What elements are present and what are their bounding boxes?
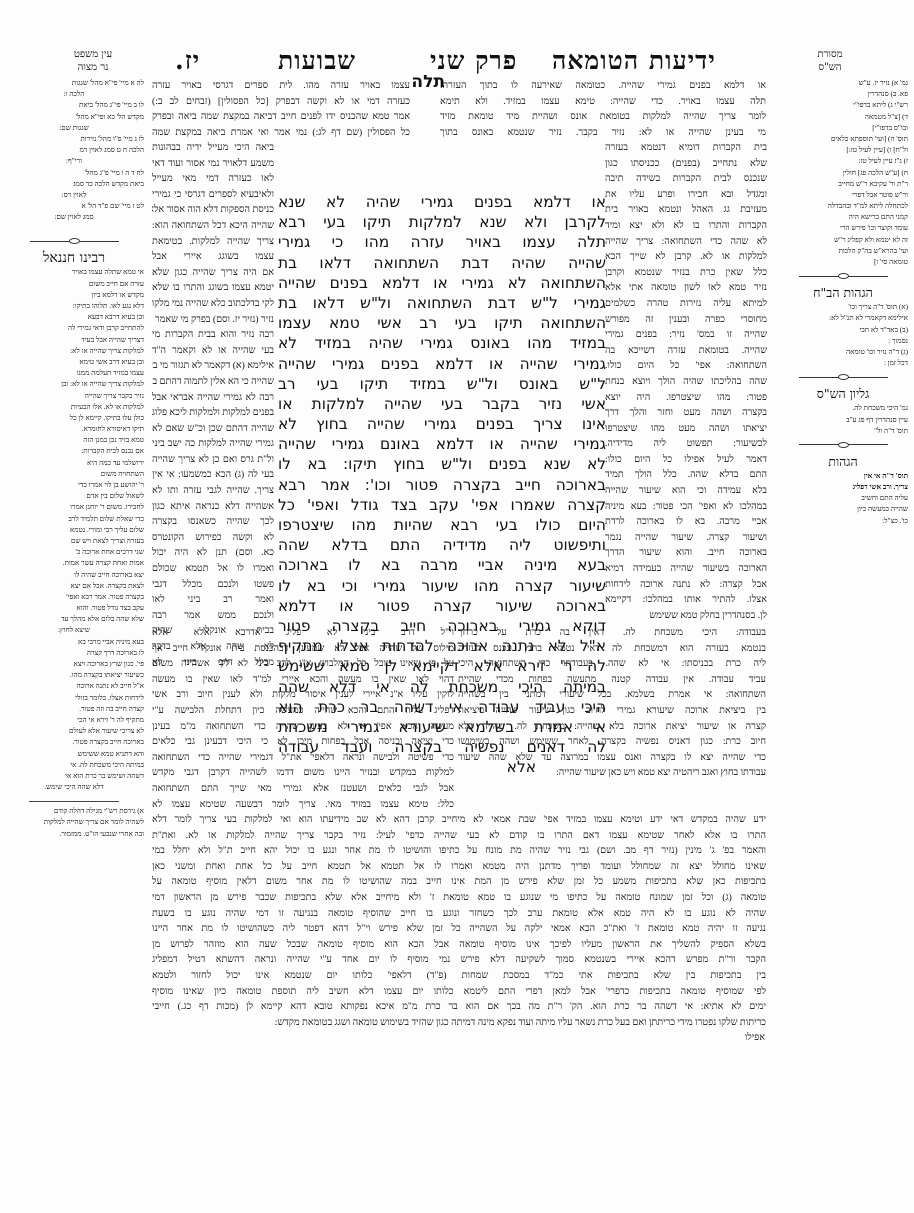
- tosafot-line: כלל: טימא עצמו במזיד מאי. צריך לומר דבשע…: [152, 797, 454, 813]
- rc-line: כדי שאלת שלום תלמיד לרב: [4, 514, 144, 525]
- tosafot-line: ואמרו לו אל תטמא שכולם: [152, 561, 274, 577]
- masoret-line: ר"ת ור' עקיבא ר"ש מחייב: [778, 179, 908, 190]
- rashi-line: אביי מרבה. בא לו בארוכה לרדת: [605, 514, 767, 530]
- tosafot-line: כדי יציאה וכניסה אבל בפחות מיכן לא כי הי…: [152, 734, 454, 750]
- masoret-hashas-heading: מסורת הש"ס: [800, 48, 860, 74]
- tosafot-line: נזיר (נזיר יז. וסם) בפרק מי שאמר הריני: [152, 312, 274, 328]
- gemara-line: קצרה שאמרו אפי' עקב בצד גודל ואפי' כל: [278, 495, 606, 515]
- gemara-line: השתחואה תיקו בעי רב אשי טמא עצמו: [278, 313, 606, 333]
- rc-line: לא צריכי שיעור אלא לעולם: [4, 726, 144, 737]
- rc-line: דלא נגע לאו. תלוהו בתיקו:: [4, 301, 144, 312]
- hagahot-title: הגהות: [778, 453, 908, 471]
- tosafot-line: שהיה לא נוגע בו לא היה טמא אלא טומאת ערב…: [152, 906, 766, 922]
- gemara-line: בארוכה שיעור קצרה פטור או דלמא: [278, 596, 606, 616]
- rc-line: ירושלמי עד כמה היא: [4, 458, 144, 469]
- rc-line: כולן עלו בתיקו. קיימא לן כל: [4, 413, 144, 424]
- rc-line: לצאת בקצרה. אבל אם יצא: [4, 581, 144, 592]
- gemara-line: לא שנא בפנים ול"ש בחוץ תיקו: בא לו: [278, 454, 606, 474]
- gemara-line: תלה עצמו באויר עזרה מהו כי גמירי: [278, 232, 606, 252]
- ein-mishpat-line: לו ב מיי' פי"ג מהל' ביאת: [4, 100, 144, 111]
- rashi-line: מחוסרי כפרה ובענין זה מפורש: [605, 312, 767, 328]
- gemara-line: ותיפשוט ליה מדידיה התם בדלא שהה: [278, 535, 606, 555]
- rashi-line: מי בעינן שהייה או לא: נזיר בקבר. נזיר שנ…: [440, 125, 766, 141]
- rashi-line: לן. בסנהדרין בחלק טמא ששימש: [605, 608, 767, 624]
- tosafot-opening-word: תלה: [411, 72, 445, 92]
- right-margin: גמ' א) נזיר יז. ע"ש פא. ב) סנהדרין רש"י …: [778, 78, 908, 527]
- rc-line: נזיר בקבר צריך שהייה: [4, 391, 144, 402]
- tosafot-line: בשלא הספיק להשליך את הראשון מעליו לפיכך …: [152, 937, 766, 953]
- tosafot-line: לוקין עליו א"נ איירי לענין איסור מלקות ו…: [152, 687, 454, 703]
- masoret-line: טומאה סי' ו]: [778, 257, 908, 268]
- rc-line: תיקו דאיסורא לחומרא.: [4, 424, 144, 435]
- tosafot-lower: וי"ל דרב ביני לא פליג אדרבא אלא אלא מילו…: [152, 625, 454, 812]
- rashi-line: למיתא עליה נזירות טהרה כשלמים: [605, 296, 767, 312]
- tosafot-line: כריתות שלקו נפטרו מידי כריתתן ואם בעל כר…: [152, 1015, 766, 1031]
- rc-line: בעזרה וצריך לצאת ויש שם: [4, 536, 144, 547]
- rc-line: בעא מיניה אביי מרבי בא: [4, 637, 144, 648]
- tosafot-line: מעשה והכא אפי' אי לא בעינן שהייה כדי השת…: [152, 719, 454, 735]
- tosafot-line: עצמו באויר עזרה מהו. לית ספרים דגרסי באו…: [152, 78, 410, 94]
- gemara-line: שהייה שהיה דבת השתחואה דלאו בת: [278, 253, 606, 273]
- tosafot-line: כדי פשיטה ולבישה ונראה דלאפי' את"ל דגמיר…: [152, 750, 454, 766]
- rc-line: מתקיף לה ר' זירא אי הכי: [4, 715, 144, 726]
- masoret-line: ובו"ס בדפו"י]: [778, 123, 908, 134]
- hagahot-line: כו'. כצ"ל:: [778, 516, 908, 527]
- rc-line: אמות ואחת קצרה עשר אמות.: [4, 558, 144, 569]
- rashi-line: אבל קצרה: לא נתנה ארוכה לידחות: [605, 577, 767, 593]
- tosafot-line: גמירי שהייה למלקות כה ישב ביני: [152, 436, 274, 452]
- rc-line: לידחות אצלו. כלומר בזולי: [4, 693, 144, 704]
- habach-line: נסמוך :: [778, 336, 908, 347]
- gilyon-hashas-title: גליון הש"ס: [778, 385, 908, 403]
- rc-line: ובן בעיא דרב אשי טימא: [4, 357, 144, 368]
- tosafot-line: אשהייה דלא כנראה איתא כגון: [152, 499, 274, 515]
- rc-line: ר' יהושע בן לוי אמרו כדי: [4, 480, 144, 491]
- masoret-line: תוס' ה) [ועי' תוספתא כלאים: [778, 134, 908, 145]
- masoret-line: קמני התם כרישא היה: [778, 212, 908, 223]
- gemara-line: היום כולו בעי רבא שהיות מהו שיצטרפו: [278, 515, 606, 535]
- ein-mishpat-line: מקדש הל' כא ופי"א מהל': [4, 112, 144, 123]
- tosafot-line: למלקות במקדש ובנזיר היינו משום דדמו לשהי…: [152, 765, 454, 781]
- tosafot-line: ולנכם ממש אמר רבה: [152, 608, 274, 624]
- tosafot-line: מילוס של שהייה אבל לא שמעינן דבהכנסת בית…: [152, 641, 454, 657]
- rc-line: עזרה אם חייב משום: [4, 279, 144, 290]
- gemara-line: אינו צריך בפנים גמירי שהייה בחוץ לא: [278, 414, 606, 434]
- tosafot-line: והאמר בפ' ג' מינין (נזיר דף מב. ושם) גבי…: [152, 843, 766, 859]
- ein-mishpat-line: הלכה ו:: [4, 89, 144, 100]
- rc-line: לשאול שלום בין אדם: [4, 491, 144, 502]
- masoret-line: ח) [ע"ש הלכה פג] חולין: [778, 168, 908, 179]
- tosafot-line: ול"ת גרס ואם כן לא צריך שהייה: [152, 452, 274, 468]
- tosafot-line: שהייה היכא דכל השתחואה הוא:: [152, 218, 274, 234]
- hagahot-habach-title: הגהות הב"ח: [778, 284, 908, 302]
- rashi-line: בית הקברות דומיא דנטמא בעזרה: [605, 140, 767, 156]
- tosafot-line: דפליג עליה התם והכא שהייה כמעשה כיון דתח…: [152, 703, 454, 719]
- rc-line: עקב בצד גודל פטור. והוא: [4, 603, 144, 614]
- tosafot-line: שהייה דהתם שכן וכ"ש שאם לא: [152, 421, 274, 437]
- rashi-line: הארוכה בשיעור שהייה בעמידה דמיא: [605, 561, 767, 577]
- gilyon-line: גמ' היכי משכחת לה.: [778, 403, 908, 414]
- ein-mishpat-line: שגגות שם:: [4, 123, 144, 134]
- habach-line: אילימא דקאמרי לא תנ"ל לא:: [778, 313, 908, 324]
- tosafot-line: התרו בו אלא לאחר שטימא עצמו דאם התרו בו …: [152, 828, 766, 844]
- rashi-line: פטור: מהו שיצטרפו. היה יוצא: [605, 390, 767, 406]
- masoret-line: ור"ש פוטר אבל דפרי: [778, 190, 908, 201]
- habach-line: (ב) באד"ד לא חבי: [778, 325, 908, 336]
- rashi-line: בלא עמידה וכי הוא שיעור שהייה: [605, 483, 767, 499]
- rashi-line: לא שהה כדי השתחואה: צריך שהייה: [605, 234, 767, 250]
- rc-line: עצמו במזיד תעלמה ממנו: [4, 368, 144, 379]
- ein-mishpat-line: הלכה ח ט סמג לאוין רמ: [4, 145, 144, 156]
- ornament-divider: [778, 369, 908, 383]
- tosafot-line: לקי בדלכתוב כלא שהייה נמי מלקות: [152, 296, 274, 312]
- rashi-line: התם בדלא שהה. כלל הולך תמיד: [605, 467, 767, 483]
- tosafot-line: משמע דלאויר נמי אסור ועוד דאי: [152, 156, 274, 172]
- rc-footnote-line: א) גירסת רש"י מגילה דהלה קודם: [4, 806, 144, 817]
- rc-line: והא דתניא טמא ששימש: [4, 749, 144, 760]
- rashi-line: או דלמא בפנים גמירי שהייה. כטומאה שאירעה…: [440, 78, 766, 94]
- gemara-line: אשי נזיר בקבר בעי שהייה למלקות או: [278, 394, 606, 414]
- rc-line: פי'. כגון שרץ בארוכה ויצא: [4, 659, 144, 670]
- masoret-line: פא. ב) סנהדרין: [778, 89, 908, 100]
- tosafot-line: אמר טמא שהכניס ידו לפנים חייב דביאה במקצ…: [152, 109, 410, 125]
- rashi-line: אצלו. להתיר אותו במהלכו: דקיימא: [605, 592, 767, 608]
- tosafot-line: יטמא עצמו בשוגג והתרו בו שלא: [152, 280, 274, 296]
- catchword: אפילו: [725, 1030, 765, 1046]
- rashi-line: למלקות או לא. קרבן לא שייך הכא: [605, 249, 767, 265]
- masoret-hashas: גמ' א) נזיר יז. ע"ש פא. ב) סנהדרין רש"י …: [778, 78, 908, 268]
- tosafot-line: עצמו בשוגג איירי אבל: [152, 249, 274, 265]
- ornament-divider: [778, 268, 908, 282]
- rc-footnote-line: לשהיה לומר אם צריך שהייה למלקות: [4, 817, 144, 828]
- hagahot-line: עליה התם וחשיב: [778, 493, 908, 504]
- tosafot-line: אבל לגבי כלאים ושעטנז אלא גמירי מאי שייך…: [152, 781, 454, 797]
- gilyon-line: עיין סנהדרין דף פג ע"ב: [778, 415, 908, 426]
- rc-line: יצא בארוכה חייב שהיה לו: [4, 570, 144, 581]
- rashi-line: הקברות והתרו בו לא ולא יצא ומיד: [605, 218, 767, 234]
- ein-mishpat-label: עין משפט: [58, 48, 128, 61]
- rashi-line: יציאתו ושהה מעט מהו שיצטרפו: [605, 421, 767, 437]
- tosafot-line: על פי שאינו טובל כל המלבוש א"נ לרב ביני …: [152, 656, 454, 672]
- rashi-line: שהייה. בטומאת עזרה דשייכא בה: [605, 343, 767, 359]
- tosafot-full-width: ידע שהיה במקדש דאי ידע וטימא עצמו במזיד …: [152, 812, 766, 1030]
- gemara-line: בארוכה חייב בקצרה פטור וכו': אמר רבא: [278, 475, 606, 495]
- tosafot-line: צריך. שהייה לגבי עזרה ותו לא: [152, 483, 274, 499]
- tosafot-line: ימים לא אתיא: אי דשהה בר כרת הוא. הק' ר"…: [152, 999, 766, 1015]
- tosafot-line: לאו כעזרה דמי מאי מעייל: [152, 171, 274, 187]
- rashi-line: שנכנס לבית הקברות בשידה תיבה: [605, 171, 767, 187]
- rabbeinu-chananel: אי טמא שתלה עצמו באויר עזרה אם חייב משום…: [4, 267, 144, 793]
- hagahot-line: תוס' ד"ה אי אין: [778, 471, 908, 482]
- rc-line: שלא שהה בלום אלא מהלך עד: [4, 614, 144, 625]
- gemara-line: שיעור קצרה מהו שיעור גמירי וכי בא לו: [278, 576, 606, 596]
- masoret-line: רש"י ג) ליתא בדפו"י: [778, 100, 908, 111]
- rashi-column: בית הקברות דומיא דנטמא בעזרה שלא נתחייב …: [605, 140, 767, 623]
- gemara-line: לקרבן ולא שנא למלקות תיקו בעי רבא: [278, 212, 606, 232]
- habach-line: דכל זמן :: [778, 358, 908, 369]
- rc-footnote: א) גירסת רש"י מגילה דהלה קודם לשהיה לומר…: [4, 806, 144, 840]
- rc-line: טמא בזיד נכן במנן הזה: [4, 435, 144, 446]
- ein-mishpat-line: לח ד ה ו מיי' פ"ג מהל': [4, 168, 144, 179]
- rc-line: אם נבנס לבית הקברות:: [4, 446, 144, 457]
- rc-line: לחבירו. משום ר' יוחנן אמרו: [4, 502, 144, 513]
- rc-footnote-line: ובה אחרי שנבעי הו"ט. ממזמור.: [4, 829, 144, 840]
- masoret-line: עומד וקוצר וכו' פירש הרי: [778, 223, 908, 234]
- ein-mishpat-heading: עין משפט נר מצוה: [58, 48, 128, 74]
- tosafot-line: שהייה כי הא אלין לתמוה דהתם בעי: [152, 374, 274, 390]
- rashi-line: שלא נתחייב (בפנים) ככניסתו כגון: [605, 156, 767, 172]
- rashi-line: בארוכה חייב. והוא שיעור הדרך: [605, 545, 767, 561]
- tosafot-line: בעי שהייה או לא וקאמר ה"ד: [152, 343, 274, 359]
- rashi-line: נזיר טמא לאו לשון טומאה אתי אלא: [605, 280, 767, 296]
- rc-line: דשהה ושימש בר כרת הוא אי: [4, 771, 144, 782]
- gemara-line: השתחואה לא גמירי או דלמא בפנים שהייה: [278, 273, 606, 293]
- masoret-line: ד) [צ"ל מטמאה: [778, 112, 908, 123]
- rc-line: למלקות או לא. אלו הבעיות: [4, 402, 144, 413]
- gilyon-hashas: גמ' היכי משכחת לה. עיין סנהדרין דף פג ע"…: [778, 403, 908, 437]
- tosafot-line: לפי שמוסיף טומאה בתכיפות כדפרי' אבל למאן…: [152, 984, 766, 1000]
- rc-line: דלא שהה היכי שימש.: [4, 782, 144, 793]
- folio-number: יז.: [175, 46, 200, 76]
- footnote-rule: [29, 801, 119, 802]
- rc-line: דצריך שהייה אבל בעיד: [4, 335, 144, 346]
- tosafot-line: צריך שהייה למלקות. בטימאת: [152, 234, 274, 250]
- gemara-line: במזיד מהו באונס גמירי שהיה במזיד לא: [278, 333, 606, 353]
- rc-line: שני דרכים אחת ארוכה כ': [4, 547, 144, 558]
- hashas-label: הש"ס: [800, 61, 860, 74]
- masoret-line: ז) ג"ז עיין לעיל טז:: [778, 156, 908, 167]
- masoret-line: לכתחלה ליתא למ"ד ובהבדלה: [778, 201, 908, 212]
- rashi-line: השתחואה: אפי' כל היום כולו.: [605, 358, 767, 374]
- rashi-line: מעזיבת גג האהל ונטמא באויר בית: [605, 202, 767, 218]
- tosafot-line: דהוי לאו שאין בו מעשה והכא איירי למ"ד לא…: [152, 672, 454, 688]
- rc-line: להתחייב קרבן ודאי גמירי לה: [4, 323, 144, 334]
- rashi-commentary: או דלמא בפנים גמירי שהייה. כטומאה שאירעה…: [440, 78, 766, 140]
- rashi-line: תלה עצמו באויר. כדי שהייה: טימא עצמו במז…: [440, 94, 766, 110]
- hagahot-line: שהייה כמעשה כיון: [778, 504, 908, 515]
- tosafot-line: רבה נזיר והוא בבית הקברות מי: [152, 327, 274, 343]
- rc-line: קצרה חייב בה וזה פטור.: [4, 704, 144, 715]
- rc-line: השתחויה משום: [4, 469, 144, 480]
- tosafot-line: לא וקשה כפירוש הקונטרס: [152, 530, 274, 546]
- tosafot-line: וי"ל דרב ביני לא פליג אדרבא אלא אלא: [152, 625, 454, 641]
- rashi-line: דאמר לעיל אפילו כל היום כולו:: [605, 452, 767, 468]
- tosafot-line: טומאה (ג) וכל זמן שמונח טומאה על כתיפו מ…: [152, 890, 766, 906]
- tosafot-line: הקבר ור"ת מפרש דהכא איירי בשנטמא סמוך לש…: [152, 952, 766, 968]
- rashi-line: שהייה זו במס' נזיר: בפנים גמירי: [605, 327, 767, 343]
- rashi-line: במהלכו לא ואפי' הכי פטור: בעא מיניה: [605, 499, 767, 515]
- tosafot-line: אם היה צריך שהייה כגון שלא: [152, 265, 274, 281]
- rc-line: מקדש או דלמא ביון: [4, 290, 144, 301]
- tosafot-line: אילימא (א) דקאמר לא תגזור מי בעי: [152, 358, 274, 374]
- ein-mishpat-line: סמג לאוין שם:: [4, 212, 144, 223]
- rc-line: במיתה היכי משכחת לה. אי: [4, 760, 144, 771]
- gilyon-line: תוס' ד"ה ול": [778, 426, 908, 437]
- rc-line: בארוכה חייב בקצרה פטור.: [4, 737, 144, 748]
- habach-line: (ג) ד"ה נזיר וכו' טומאה: [778, 347, 908, 358]
- rc-line: אי טמא שתלה עצמו באויר: [4, 267, 144, 278]
- gemara-line: בעא מיניה אביי מרבה בא לו בארוכה: [278, 555, 606, 575]
- masoret-line: ול"ח] ו) [עיין לעיל טז:]: [778, 145, 908, 156]
- rashi-line: ומגדל ובא חבירו ופרע עליו את: [605, 187, 767, 203]
- ein-mishpat: לה א מיי' פי"א מהל' שגגות הלכה ו: לו ב מ…: [4, 78, 144, 223]
- rc-line: כשיעור יציאתו בקצרה מהו.: [4, 670, 144, 681]
- rc-line: שלום עליך רבי ומורי. נטמא: [4, 525, 144, 536]
- tosafot-line: בין בתכיפות בין שלא בתכיפות אתי כמ"ד במס…: [152, 968, 766, 984]
- tosafot-line: נגיעה זו יהיה טמא טומאת ז' ואת"כ הכא אמא…: [152, 921, 766, 937]
- habach-line: (א) תוס' ד"ה צריך וכו': [778, 302, 908, 313]
- rc-line: שיצא לחוץ:: [4, 625, 144, 636]
- ornament-divider: [4, 233, 144, 247]
- rashi-line: לכשיעור: תפשוט ליה מדידיה.: [605, 436, 767, 452]
- tosafot-line: רבה לא גמירי שהייה אבראי אבל: [152, 390, 274, 406]
- tosafot-line: ידע שהיה במקדש דאי ידע וטימא עצמו במזיד …: [152, 812, 766, 828]
- tosafot-line: לכך שהייה כשאנסו בקצרה: [152, 514, 274, 530]
- rc-line: לו בארוכה דרך קצרה: [4, 648, 144, 659]
- ein-mishpat-line: לז ג מיי' פ"ו מהל' נזירות: [4, 134, 144, 145]
- gemara-line: גמירי ל"ש דבת השתחואה ול"ש דלאו בת: [278, 293, 606, 313]
- tosafot-line: כניסת הספקות דלא הוה אסור אלא: [152, 202, 274, 218]
- rashi-line: שהה בהליכתו שהיה הולך ויוצא בנחת: [605, 374, 767, 390]
- left-margin: לה א מיי' פי"א מהל' שגגות הלכה ו: לו ב מ…: [4, 78, 144, 840]
- gemara-line: גמירי שהייה או דלמא בפנים גמירי שהייה: [278, 354, 606, 374]
- tosafot-line: בעי לה (ג) הכא כמשמעו: אי אין: [152, 467, 274, 483]
- ornament-divider: [778, 437, 908, 451]
- ein-mishpat-line: לאוין רס:: [4, 190, 144, 201]
- hagahot: תוס' ד"ה אי אין צריך. ורב אשי דפליג עליה…: [778, 471, 908, 527]
- ein-mishpat-line: ורי"ף:: [4, 156, 144, 167]
- rashi-line: בקצרה ושהה מעט וחזר והלך דרך: [605, 405, 767, 421]
- ein-mishpat-line: לה א מיי' פי"א מהל' שגגות: [4, 78, 144, 89]
- masoret-line: ועי' בהרא"ש בה"ק הלכות: [778, 246, 908, 257]
- rashi-line: לומר צריך שהייה למלקות בטומאת אונס ושהיי…: [440, 109, 766, 125]
- rashi-line: כלל שאין כרת בנזיר שנטמא וקרבן: [605, 265, 767, 281]
- rc-line: למלקות צריך שהייה או לא:: [4, 346, 144, 357]
- rashi-line: ושיעור קצרה. שיעור שהייה נגמר: [605, 530, 767, 546]
- tosafot-line: שאינו מחולל יצא זה שמחולל ועומד ופריך מד…: [152, 859, 766, 875]
- chapter-name: ידיעות הטומאה: [552, 46, 716, 76]
- masoret-line: גמ' א) נזיר יז. ע"ש: [778, 78, 908, 89]
- rabbeinu-chananel-title: רבינו חננאל: [4, 249, 144, 267]
- ein-mishpat-line: ביאת מקדש הלכה כד סמג: [4, 179, 144, 190]
- tosafot-column: ביאה היכי מעייל ידיה בבהונות משמע דלאויר…: [152, 140, 274, 670]
- tosafot-line: כא. וסם) תנן לא היה יכול: [152, 545, 274, 561]
- ein-mishpat-line: לט ז מיי' שם פ"ד הל' א: [4, 201, 144, 212]
- gemara-line: או דלמא בפנים גמירי שהיה לא שנא: [278, 192, 606, 212]
- rc-line: ובן בעיא דרבא דבעא: [4, 312, 144, 323]
- masoret-label: מסורת: [800, 48, 860, 61]
- tosafot-line: פשטו ולנכם מכלל דגבי: [152, 577, 274, 593]
- tosafot-line: ואמר רב ביני לאו: [152, 592, 274, 608]
- hagahot-line: צריך. ורב אשי דפליג: [778, 482, 908, 493]
- tosafot-line: ולאיבעיא לספרים דגרסי כי גמירי: [152, 187, 274, 203]
- tosafot-line: ביאה היכי מעייל ידיה בבהונות: [152, 140, 274, 156]
- tosafot-line: בפנים למלקות ולמלקות ליכא פלוגתא: [152, 405, 274, 421]
- tosafot-top: עצמו באויר עזרה מהו. לית ספרים דגרסי באו…: [152, 78, 410, 140]
- rc-line: א"ל חייב לא נתנה ארוכה: [4, 681, 144, 692]
- tosafot-line: כל הפסולין (שם דף לג:) נמי אמר ואי אמרת …: [152, 125, 410, 141]
- rc-line: למלקות צריך שהייה או לא: ובן: [4, 379, 144, 390]
- ner-mitzvah-label: נר מצוה: [58, 61, 128, 74]
- gemara-line: ל"ש באונס ול"ש במזיד תיקו בעי רב: [278, 374, 606, 394]
- gemara-line: גמירי שהייה או דלמא באונם גמירי שהייה: [278, 434, 606, 454]
- masoret-line: זה לא יטמא ולא קפליג ר"ש: [778, 235, 908, 246]
- rc-line: בקצרה פטור. אמר רבא ואפי': [4, 592, 144, 603]
- tosafot-line: כעזרה דמי או לא וקשה דבפרק [כל הפסולין] …: [152, 94, 410, 110]
- tosafot-line: בתכיפות כאן שלא בתכיפות משמע כל זמן שלא …: [152, 874, 766, 890]
- hagahot-habach: (א) תוס' ד"ה צריך וכו' אילימא דקאמרי לא …: [778, 302, 908, 369]
